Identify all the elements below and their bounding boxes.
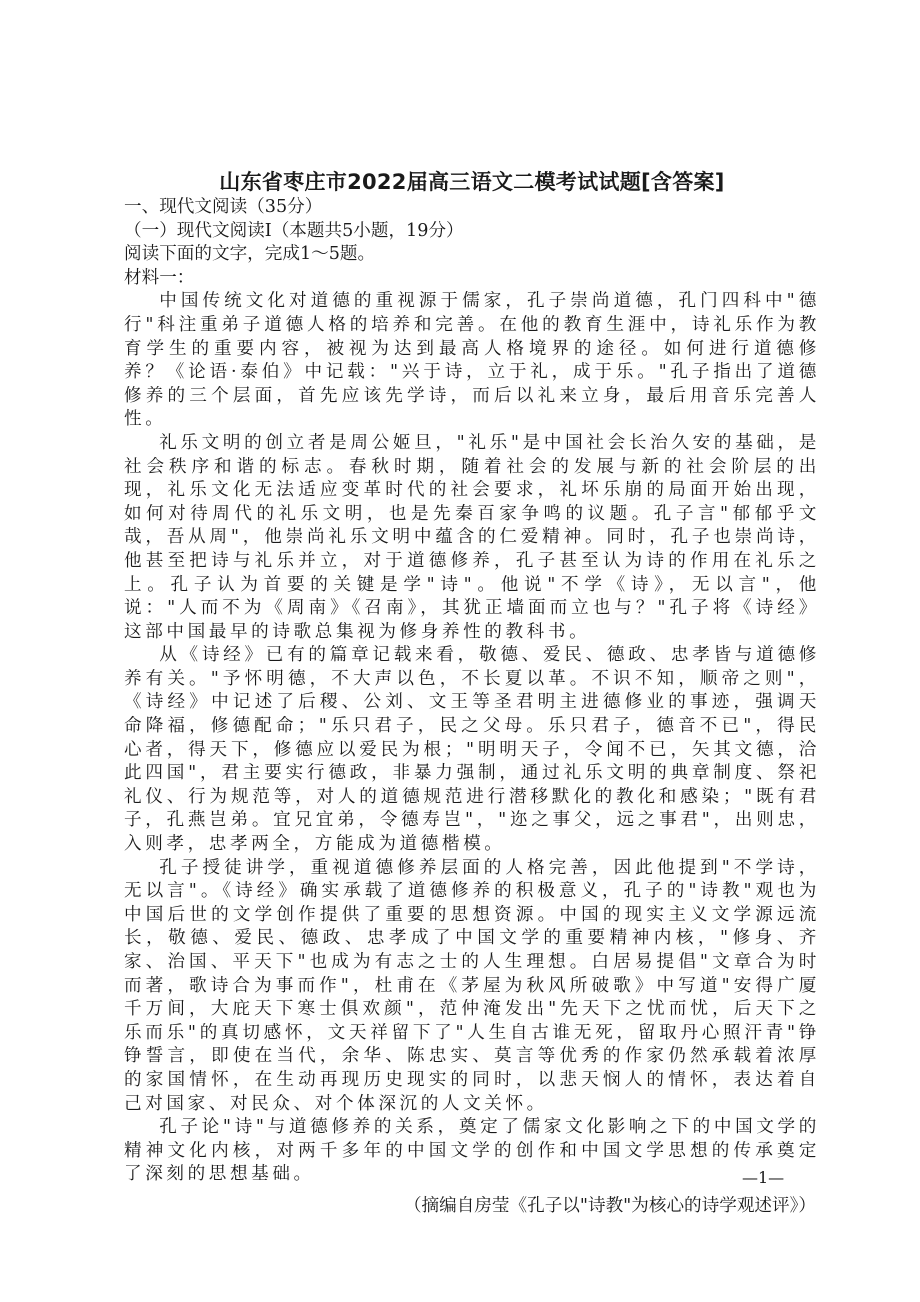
paragraph-1: 中国传统文化对道德的重视源于儒家，孔子崇尚道德，孔门四科中"德行"科注重弟子道德…: [124, 290, 820, 432]
document-page: 山东省枣庄市2022届高三语文二模考试试题[含答案] 一、现代文阅读（35分） …: [124, 168, 820, 1221]
paragraph-5: 孔子论"诗"与道德修养的关系，奠定了儒家文化影响之下的中国文学的精神文化内核，对…: [124, 1116, 820, 1187]
source-citation: （摘编自房莹《孔子以"诗教"为核心的诗学观述评》）: [124, 1191, 820, 1221]
paragraph-2: 礼乐文明的创立者是周公姬旦，"礼乐"是中国社会长治久安的基础，是社会秩序和谐的标…: [124, 432, 820, 644]
document-title: 山东省枣庄市2022届高三语文二模考试试题[含答案]: [124, 168, 820, 196]
material-label: 材料一：: [124, 267, 820, 291]
page-number: —1—: [742, 1168, 784, 1187]
instruction-text: 阅读下面的文字，完成1～5题。: [124, 243, 820, 267]
paragraph-3: 从《诗经》已有的篇章记载来看，敬德、爱民、德政、忠孝皆与道德修养有关。"予怀明德…: [124, 644, 820, 856]
subsection-heading: （一）现代文阅读Ⅰ（本题共5小题，19分）: [124, 220, 820, 244]
section-heading: 一、现代文阅读（35分）: [124, 196, 820, 220]
paragraph-4: 孔子授徒讲学，重视道德修养层面的人格完善，因此他提到"不学诗，无以言"。《诗经》…: [124, 857, 820, 1117]
